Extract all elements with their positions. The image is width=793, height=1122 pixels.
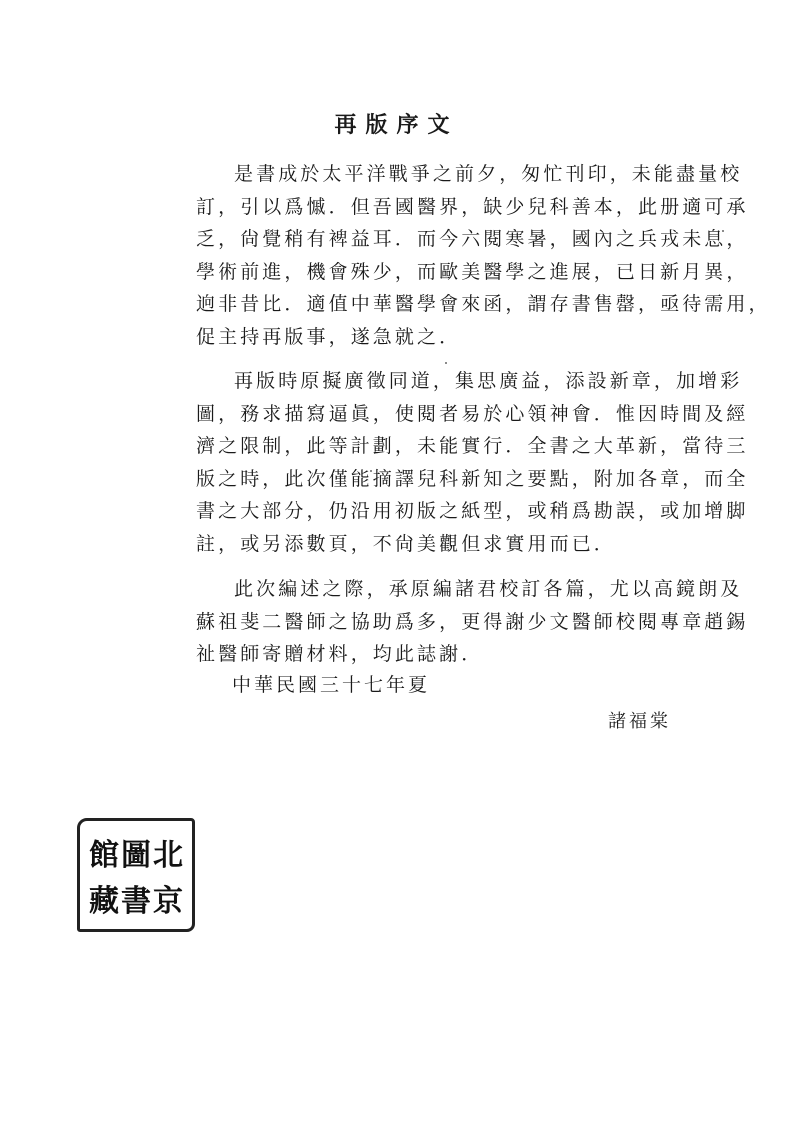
text-line: 版之時，此次僅能摘譯兒科新知之要點，附加各章，而全 <box>196 463 701 496</box>
text-line: 圖，務求描寫逼眞，使閱者易於心領神會．惟因時間及經 <box>196 398 701 431</box>
text-line: 祉醫師寄贈材料，均此誌謝． <box>196 638 701 671</box>
text-line: 逈非昔比．適值中華醫學會來函，謂存書售罄，亟待需用， <box>196 288 701 321</box>
text-line: 學術前進，機會殊少，而歐美醫學之進展，已日新月異， <box>196 256 701 289</box>
library-seal-stamp: 北 圖 館 京 書 藏 <box>77 818 195 932</box>
text-line: 此次編述之際，承原編諸君校訂各篇，尤以高鏡朗及 <box>196 573 701 606</box>
text-line: 促主持再版事，遂急就之． <box>196 321 701 354</box>
paragraph-1: 是書成於太平洋戰爭之前夕，匆忙刊印，未能盡量校 訂，引以爲慽．但吾國醫界，缺少兒… <box>196 158 701 353</box>
paragraph-3: 此次編述之際，承原編諸君校訂各篇，尤以高鏡朗及 蘇祖斐二醫師之協助爲多，更得謝少… <box>196 573 701 671</box>
paragraph-2: 再版時原擬廣徵同道，集思廣益，添設新章，加增彩 圖，務求描寫逼眞，使閱者易於心領… <box>196 365 701 560</box>
text-line: 乏，尙覺稍有裨益耳．而今六閱寒暑，國內之兵戎未息， <box>196 223 701 256</box>
seal-character: 圖 <box>120 829 152 875</box>
scan-speck <box>722 230 724 232</box>
seal-character: 京 <box>152 875 184 921</box>
text-line: 蘇祖斐二醫師之協助爲多，更得謝少文醫師校閱專章趙錫 <box>196 606 701 639</box>
seal-character: 館 <box>88 829 120 875</box>
scan-speck <box>445 362 447 364</box>
author-signature: 諸福棠 <box>608 707 671 733</box>
text-line: 再版時原擬廣徵同道，集思廣益，添設新章，加增彩 <box>196 365 701 398</box>
text-line: 訂，引以爲慽．但吾國醫界，缺少兒科善本，此册適可承 <box>196 191 701 224</box>
seal-character: 藏 <box>88 875 120 921</box>
seal-character: 北 <box>152 829 184 875</box>
seal-character: 書 <box>120 875 152 921</box>
text-line: 是書成於太平洋戰爭之前夕，匆忙刊印，未能盡量校 <box>196 158 701 191</box>
date-line: 中華民國三十七年夏 <box>232 670 430 697</box>
text-line: 註，或另添數頁，不尙美觀但求實用而已． <box>196 528 701 561</box>
text-line: 濟之限制，此等計劃，未能實行．全書之大革新，當待三 <box>196 430 701 463</box>
text-line: 書之大部分，仍沿用初版之紙型，或稍爲勘誤，或加增脚 <box>196 495 701 528</box>
scan-speck <box>370 470 372 472</box>
page-title: 再版序文 <box>0 108 793 139</box>
